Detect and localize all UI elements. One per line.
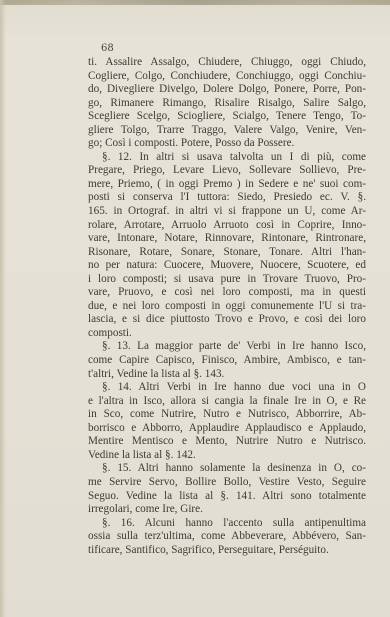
text-line: me Servire Servo, Bollire Bollo, Vestire… <box>88 476 366 490</box>
text-line: t'altri, Vedine la lista al §. 143. <box>88 368 366 382</box>
text-line: lascia, e si dice piuttosto Trovo e Prov… <box>88 313 366 327</box>
text-line: Scegliere Scelgo, Sciogliere, Scialgo, T… <box>88 110 366 124</box>
text-line: Vedine la lista al §. 142. <box>88 449 366 463</box>
text-line: in Sco, come Nutrire, Nutro e Nutrisco, … <box>88 408 366 422</box>
text-line: Mentire Mentisco e Mento, Nutrire Nutro … <box>88 435 366 449</box>
text-line: Pregare, Priego, Levare Lievo, Sollevare… <box>88 164 366 178</box>
text-line: §. 16. Alcuni hanno l'accento sulla anti… <box>88 517 366 531</box>
text-line: §. 14. Altri Verbi in Ire hanno due voci… <box>88 381 366 395</box>
text-line: ossia sulla terz'ultima, come Abbeverare… <box>88 530 366 544</box>
text-line: posti si conserva l'I tuttora: Siedo, Pr… <box>88 191 366 205</box>
page-number: 68 <box>101 43 114 54</box>
text-line: gliere Tolgo, Trarre Traggo, Valere Valg… <box>88 124 366 138</box>
text-line: 165. in Ortograf. in altri vi si frappon… <box>88 205 366 219</box>
text-line: go; Così i composti. Potere, Posso da Po… <box>88 137 366 151</box>
text-line: i loro composti; si usava pure in Trovar… <box>88 273 366 287</box>
text-line: Seguo. Vedine la lista al §. 141. Altri … <box>88 490 366 504</box>
text-line: rolare, Arrotare, Arruolo Arruoto così i… <box>88 219 366 233</box>
text-line: e l'altra in Isco, allora si cangia la f… <box>88 395 366 409</box>
text-line: §. 13. La maggior parte de' Verbi in Ire… <box>88 340 366 354</box>
text-line: composti. <box>88 327 366 341</box>
text-line: tificare, Santifico, Sagrifico, Persegui… <box>88 544 366 558</box>
text-line: no per natura: Cuocere, Muovere, Nuocere… <box>88 259 366 273</box>
text-line: §. 15. Altri hanno solamente la desinenz… <box>88 462 366 476</box>
page-top-edge <box>0 0 390 5</box>
page-left-edge <box>0 0 6 617</box>
text-line: go, Rimanere Rimango, Risalire Risalgo, … <box>88 97 366 111</box>
text-line: do, Divegliere Divelgo, Dolere Dolgo, Po… <box>88 83 366 97</box>
body-text: ti. Assalire Assalgo, Chiudere, Chiuggo,… <box>88 56 366 557</box>
text-line: due, e nei loro composti in oggi comunem… <box>88 300 366 314</box>
text-line: Risonare, Rotare, Sonare, Stonare, Tonar… <box>88 246 366 260</box>
text-line: borrisco e Abborro, Applaudire Applaudis… <box>88 422 366 436</box>
book-page: 68 ti. Assalire Assalgo, Chiudere, Chiug… <box>0 0 390 617</box>
text-line: §. 12. In altri si usava talvolta un I d… <box>88 151 366 165</box>
text-line: ti. Assalire Assalgo, Chiudere, Chiuggo,… <box>88 56 366 70</box>
text-line: mere, Priemo, ( in oggi Premo ) in Seder… <box>88 178 366 192</box>
text-line: Cogliere, Colgo, Conchiudere, Conchiuggo… <box>88 70 366 84</box>
text-line: vare, Pruovo, e così nei loro composti, … <box>88 286 366 300</box>
text-line: irregolari, come Ire, Gire. <box>88 503 366 517</box>
text-line: come Capire Capisco, Finisco, Ambire, Am… <box>88 354 366 368</box>
text-line: vare, Intonare, Notare, Rinnovare, Rinto… <box>88 232 366 246</box>
